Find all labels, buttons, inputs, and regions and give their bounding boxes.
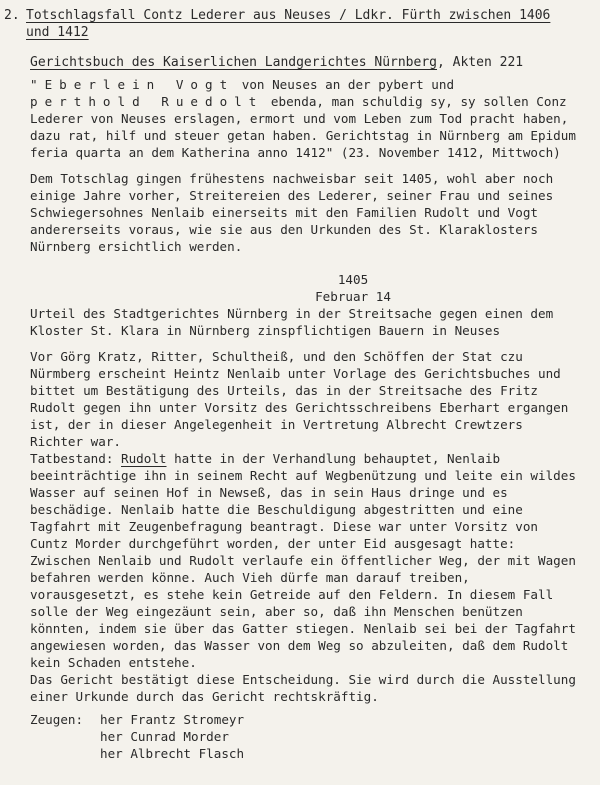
tatbestand-name: Rudolt xyxy=(121,451,167,466)
witness-item: her Albrecht Flasch xyxy=(100,745,244,762)
paragraph-proceedings: Vor Görg Kratz, Ritter, Schultheiß, und … xyxy=(30,348,580,450)
witness-list: Zeugen: her Frantz Stromeyr her Cunrad M… xyxy=(30,711,580,762)
paragraph-decision: Das Gericht bestätigt diese Entscheidung… xyxy=(30,671,580,705)
paragraph-tatbestand: Tatbestand: Rudolt hatte in der Verhandl… xyxy=(30,450,580,671)
source-reference: Gerichtsbuch des Kaiserlichen Landgerich… xyxy=(30,54,580,71)
source-file: , Akten 221 xyxy=(437,55,523,70)
document-summary: Urteil des Stadtgerichtes Nürnberg in de… xyxy=(30,305,580,339)
quote-text-1: von Neuses an der pybert und xyxy=(234,77,454,92)
witness-label: Zeugen: xyxy=(30,711,100,762)
date-day: Februar 14 xyxy=(126,288,580,305)
tatbestand-text: hatte in der Verhandlung behauptet, Nenl… xyxy=(30,451,576,670)
source-title: Gerichtsbuch des Kaiserlichen Landgerich… xyxy=(30,55,437,70)
court-quote: "Eberlein Vogt von Neuses an der pybert … xyxy=(30,76,580,161)
section-heading: 2. Totschlagsfall Contz Lederer aus Neus… xyxy=(4,7,580,41)
document-page: 2. Totschlagsfall Contz Lederer aus Neus… xyxy=(0,0,600,762)
tatbestand-label: Tatbestand: xyxy=(30,451,121,466)
date-year: 1405 xyxy=(126,271,580,288)
quote-name-1: "Eberlein Vogt xyxy=(30,77,234,92)
section-number: 2. xyxy=(4,7,26,41)
section-title: Totschlagsfall Contz Lederer aus Neuses … xyxy=(26,7,580,41)
witness-item: her Frantz Stromeyr xyxy=(100,711,244,728)
quote-name-2: perthold Ruedolt xyxy=(30,94,263,109)
paragraph-background: Dem Totschlag gingen frühestens nachweis… xyxy=(30,170,580,255)
witness-item: her Cunrad Morder xyxy=(100,728,244,745)
document-date: 1405 Februar 14 xyxy=(30,271,580,305)
